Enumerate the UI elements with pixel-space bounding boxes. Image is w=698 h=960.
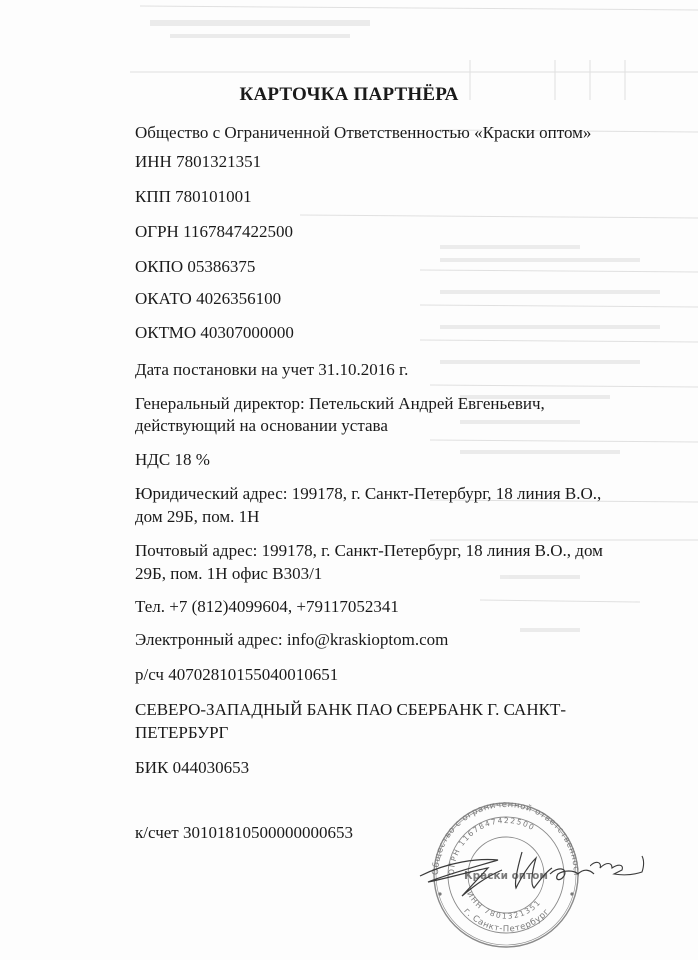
- stamp-outer-text: Общество с ограниченной ответственностью: [418, 796, 581, 877]
- inn: ИНН 7801321351: [135, 151, 261, 173]
- okpo: ОКПО 05386375: [135, 256, 255, 278]
- email: Электронный адрес: info@kraskioptom.com: [135, 629, 448, 651]
- ogrn: ОГРН 1167847422500: [135, 221, 293, 243]
- postal-address-line-1: Почтовый адрес: 199178, г. Санкт-Петербу…: [135, 540, 603, 562]
- company-name: Общество с Ограниченной Ответственностью…: [135, 122, 591, 144]
- bank-line-2: ПЕТЕРБУРГ: [135, 722, 228, 744]
- bank-line-1: СЕВЕРО-ЗАПАДНЫЙ БАНК ПАО СБЕРБАНК Г. САН…: [135, 699, 566, 721]
- okato: ОКАТО 4026356100: [135, 288, 281, 310]
- settlement-account: р/сч 40702810155040010651: [135, 664, 338, 686]
- correspondent-account: к/счет 30101810500000000653: [135, 822, 353, 844]
- document-title: КАРТОЧКА ПАРТНЁРА: [0, 84, 698, 106]
- phone: Тел. +7 (812)4099604, +79117052341: [135, 596, 399, 618]
- bik: БИК 044030653: [135, 757, 249, 779]
- kpp: КПП 780101001: [135, 186, 252, 208]
- director-line-1: Генеральный директор: Петельский Андрей …: [135, 393, 545, 415]
- signature-tail: [590, 852, 650, 882]
- oktmo: ОКТМО 40307000000: [135, 322, 294, 344]
- company-stamp: Общество с ограниченной ответственностью…: [418, 796, 596, 954]
- vat: НДС 18 %: [135, 449, 210, 471]
- legal-address-line-2: дом 29Б, пом. 1Н: [135, 506, 259, 528]
- postal-address-line-2: 29Б, пом. 1Н офис В303/1: [135, 563, 322, 585]
- legal-address-line-1: Юридический адрес: 199178, г. Санкт-Пете…: [135, 483, 601, 505]
- director-line-2: действующий на основании устава: [135, 415, 388, 437]
- registration-date: Дата постановки на учет 31.10.2016 г.: [135, 359, 408, 381]
